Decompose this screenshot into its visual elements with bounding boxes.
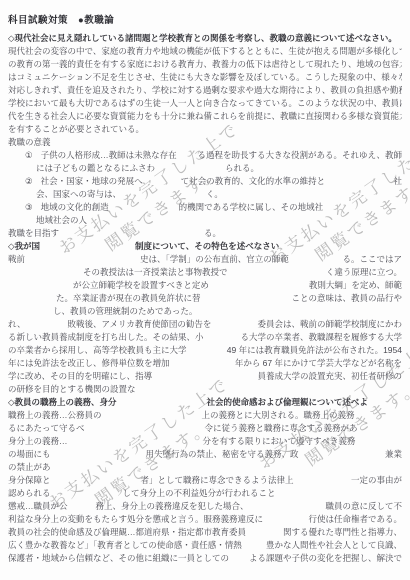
text-line: が公立師範学校を設置すべきと定め教則大綱」を定め、師範	[8, 279, 402, 292]
text-line: 認められるして身分上の不利益処分が行われること	[8, 487, 402, 500]
text-segment: 分を有する限りにおいて遵守すべき義務	[203, 435, 356, 448]
text-segment: よる課題や子供の変化を把握し、解決で	[249, 552, 402, 565]
text-line: た。卒業証書が現在の教員免許状に替ことの意味は、教員の品行や	[8, 292, 402, 305]
hidden-text-gap	[68, 508, 96, 509]
text-segment: 年には免許法を改正し、修得単位数を増加	[8, 357, 170, 370]
text-segment: れ、	[8, 318, 26, 331]
text-segment: が公立師範学校を設置すべきと定め	[73, 279, 209, 292]
text-segment: 49 年には教育職員免許法が公布された。1954	[227, 344, 402, 357]
text-segment: 認められる	[8, 487, 51, 500]
hidden-text-gap	[187, 352, 227, 353]
text-line: の場面にも用失墜行為の禁止、秘密を守る義務、政兼業	[8, 448, 402, 461]
text-segment: 戦前	[8, 253, 25, 266]
hidden-text-gap	[177, 157, 198, 158]
text-segment: 教職の意義	[8, 136, 51, 149]
hidden-text-gap	[325, 183, 393, 184]
hidden-text-gap	[85, 430, 205, 431]
hidden-text-gap	[33, 209, 41, 210]
text-segment: く違う原理に立つ。	[326, 266, 402, 279]
text-line: ③地域の文化的創造的機関である学校に属し、その地域社	[8, 201, 402, 214]
text-segment: の研修を目的とする機関の設置な	[8, 383, 136, 396]
hidden-text-gap	[33, 183, 41, 184]
text-segment: 職員の意に反して不	[325, 500, 402, 513]
text-line: を有することが必要とされている。	[8, 123, 402, 136]
hidden-text-gap	[155, 170, 225, 171]
hidden-text-gap	[209, 287, 309, 288]
hidden-text-gap	[59, 235, 204, 236]
text-segment: 懲戒…職員が公	[8, 500, 68, 513]
hidden-text-gap	[121, 196, 206, 197]
text-line: その教授法は一斉授業法と事物教授でく違う原理に立つ。	[8, 266, 402, 279]
hidden-text-gap	[204, 339, 241, 340]
text-line: の禁止があ	[8, 461, 402, 474]
text-segment: 的機関である学校に属し、その地域社	[179, 201, 324, 214]
hidden-text-gap	[228, 274, 326, 275]
hidden-text-gap	[26, 326, 68, 327]
text-line: 地域社会の人	[8, 214, 402, 227]
text-segment: 対応しきれず、責任を追及されたり、学校に対する過剰な要求や過大な期待により、教員…	[8, 84, 402, 97]
text-line: 教職の意義	[8, 136, 402, 149]
text-line: 代を生きる社会人に必要な資質能力をも十分に兼ね備これらを前提に、教職に直接関わる…	[8, 110, 402, 123]
text-segment: 員養成大学の設置充実、初任者研修の	[257, 370, 402, 383]
text-segment: 地域社会の人	[36, 214, 87, 227]
hidden-text-gap	[143, 183, 181, 184]
hidden-text-gap	[109, 209, 179, 210]
text-segment: 敗戦後、アメリカ教育使節団の勧告を	[68, 318, 212, 331]
text-segment: 一定の事由が	[351, 474, 402, 487]
document-page: 科目試験対策 ●教職論 ◇現代社会に見え隠れしている諸問題と学校教育との関係を考…	[0, 0, 410, 580]
text-segment: を有することが必要とされている。	[8, 123, 144, 136]
text-line: 会、国家への寄与は、く。	[8, 188, 402, 201]
text-segment: る過程を助長する大きな役割がある。それゆえ、教師	[197, 149, 402, 162]
hidden-text-gap	[102, 417, 202, 418]
text-segment: 広く豊かな教養など」「教育者としての使命感・責任感・情熱	[8, 539, 242, 552]
text-line: るにあたって守るべ令に従う義務と職務に専念する義務があ	[8, 422, 402, 435]
text-segment: る大学の卒業者、教職課程を履修する大学	[240, 331, 402, 344]
text-segment: 上の義務とに大別される。職務上の義務	[202, 409, 355, 422]
hidden-text-gap	[25, 261, 140, 262]
text-segment: の教育の第一義的責任を有する家庭における教育力、教養力の低下は虐待として現れたり…	[8, 58, 402, 71]
text-segment: 利益な身分上の変動をもたらす処分を懲戒と言う。服務義務違反に	[8, 513, 263, 526]
text-segment: ◇教員の職務上の義務、身分	[8, 396, 117, 409]
text-segment: 務上、身分上の義務違反を犯した場合、	[96, 500, 249, 513]
text-line: ①子供の人格形成…教師は未熟な存在る過程を助長する大きな役割がある。それゆえ、教…	[8, 149, 402, 162]
text-segment: る。ここではア	[342, 253, 402, 266]
text-line: 現代社会の変容の中で、家庭の教育力や地域の機能が低下するとともに、生徒が抱える問…	[8, 45, 402, 58]
text-segment: 社会・国家・地球の発展へ	[41, 175, 143, 188]
text-segment: ことの意味は、教員の品行や	[291, 292, 402, 305]
hidden-text-gap	[249, 508, 326, 509]
text-segment: ◇現代社会に見え隠れしている諸問題と学校教育との関係を考察し、教職の意義について…	[8, 32, 397, 45]
document-title: 科目試験対策 ●教職論	[8, 13, 402, 29]
hidden-text-gap	[40, 248, 135, 249]
hidden-text-gap	[51, 456, 146, 457]
text-segment: て社会の教育的、文化的水準の維持と	[181, 175, 326, 188]
text-segment: ◇我が国	[8, 240, 40, 253]
text-segment: 社会的使命感および倫理観について述べよ	[207, 396, 368, 409]
text-line: 懲戒…職員が公務上、身分上の義務違反を犯した場合、職員の意に反して不	[8, 500, 402, 513]
hidden-text-gap	[51, 482, 141, 483]
text-segment: ①	[25, 149, 33, 162]
text-segment: して身分上の不利益処分が行われること	[123, 487, 276, 500]
text-line: 利益な身分上の変動をもたらす処分を懲戒と言う。服務義務違反に行使は任命権者である…	[8, 513, 402, 526]
text-segment: 職務上の義務…公務員の	[8, 409, 102, 422]
hidden-text-gap	[33, 157, 41, 158]
heading-line: ◇我が国制度について、その特色を述べなさい	[8, 240, 402, 253]
text-segment: 者」として職務に専念できるよう法律上	[141, 474, 294, 487]
text-line: 身分上の義務…分を有する限りにおいて遵守すべき義務	[8, 435, 402, 448]
text-line: 年には免許法を改正し、修得単位数を増加年から 67 年にかけて学芸大学などが名称…	[8, 357, 402, 370]
text-line: の教育の第一義的責任を有する家庭における教育力、教養力の低下は虐待として現れたり…	[8, 58, 402, 71]
hidden-text-gap	[299, 456, 385, 457]
text-segment: 身分保障と	[8, 474, 51, 487]
text-line: 職務上の義務…公務員の上の義務とに大別される。職務上の義務	[8, 409, 402, 422]
text-segment: 身分上の義務…	[8, 435, 68, 448]
hidden-text-gap	[51, 495, 123, 496]
text-segment: 教職を目指す	[8, 227, 59, 240]
text-line: 学校において最も大切であるはずの生徒一人一人と向き合なってきている。このような状…	[8, 97, 402, 110]
text-segment: 行使は任命権者である。	[308, 513, 402, 526]
text-segment: はコミュニケーション不足を生じさせ、生徒にも大きな影響を及ぼしている。こうした現…	[8, 71, 402, 84]
text-segment: 子供の人格形成…教師は未熟な存在	[41, 149, 177, 162]
text-segment: 豊かな人間性や社会人として良識、	[266, 539, 402, 552]
hidden-text-gap	[170, 365, 235, 366]
text-segment: られる。	[225, 162, 259, 175]
text-segment: し、教員の管理統制のためであった。	[53, 305, 197, 318]
text-segment: 兼業	[385, 448, 402, 461]
hidden-text-gap	[229, 560, 249, 561]
text-segment: 令に従う義務と職務に専念する義務があ	[205, 422, 358, 435]
heading-line: ◇教員の職務上の義務、身分社会的使命感および倫理観について述べよ	[8, 396, 402, 409]
text-segment: 関する優れた専門性と指導力、	[283, 526, 402, 539]
text-segment: 現代社会の変容の中で、家庭の教育力や地域の機能が低下するとともに、生徒が抱える問…	[8, 45, 402, 58]
text-line: には子どもの鑑となるにふさわられる。	[8, 162, 402, 175]
document-body: ◇現代社会に見え隠れしている諸問題と学校教育との関係を考察し、教職の意義について…	[8, 32, 402, 565]
text-segment: の卒業者から採用し、高等学校教員も主に大学	[8, 344, 187, 357]
hidden-text-gap	[242, 547, 266, 548]
text-segment: 学に改め、その目的を明確にし、指導	[8, 370, 152, 383]
text-segment: これらを前提に、教職に直接関わる多様な資質能力	[212, 110, 402, 123]
text-line: 学に改め、その目的を明確にし、指導員養成大学の設置充実、初任者研修の	[8, 370, 402, 383]
text-segment: の場面にも	[8, 448, 51, 461]
text-segment: ②	[25, 175, 33, 188]
text-segment: る新しい教員養成制度を打ち出した。その結果、小	[8, 331, 204, 344]
text-line: の研修を目的とする機関の設置な	[8, 383, 402, 396]
text-segment: 年から 67 年にかけて学芸大学などが名称を	[235, 357, 402, 370]
text-segment: た。卒業証書が現在の教員免許状に替	[56, 292, 201, 305]
text-segment: 制度について、その特色を述べなさい	[135, 240, 279, 253]
text-line: 保護者・地域から信頼など、その他に組織に一員としてのよる課題や子供の変化を把握し…	[8, 552, 402, 565]
text-segment: ③	[25, 201, 33, 214]
text-segment: 教則大綱」を定め、師範	[309, 279, 402, 292]
hidden-text-gap	[117, 404, 207, 405]
text-segment: なってきている。このような状況の中、教員は変化の時	[229, 97, 402, 110]
text-line: の卒業者から採用し、高等学校教員も主に大学49 年には教育職員免許法が公布された…	[8, 344, 402, 357]
hidden-text-gap	[294, 482, 351, 483]
text-segment: く。	[206, 188, 223, 201]
hidden-text-gap	[263, 521, 308, 522]
text-line: 対応しきれず、責任を追及されたり、学校に対する過剰な要求や過大な期待により、教員…	[8, 84, 402, 97]
text-line: れ、敗戦後、アメリカ教育使節団の勧告を委員会は、戦前の師範学校制度にかわ	[8, 318, 402, 331]
text-segment: 委員会は、戦前の師範学校制度にかわ	[257, 318, 402, 331]
hidden-text-gap	[68, 443, 203, 444]
hidden-text-gap	[211, 326, 257, 327]
text-segment: 教員の社会的使命感及び倫理観…都道府県・指定都市教育委員	[8, 526, 246, 539]
heading-line: ◇現代社会に見え隠れしている諸問題と学校教育との関係を考察し、教職の意義について…	[8, 32, 402, 45]
text-line: 広く豊かな教養など」「教育者としての使命感・責任感・情熱豊かな人間性や社会人とし…	[8, 539, 402, 552]
text-line: ②社会・国家・地球の発展へて社会の教育的、文化的水準の維持と社	[8, 175, 402, 188]
text-line: はコミュニケーション不足を生じさせ、生徒にも大きな影響を及ぼしている。こうした現…	[8, 71, 402, 84]
text-line: 戦前史は、「学制」の公布直前、官立の師範る。ここではア	[8, 253, 402, 266]
text-segment: 社	[393, 175, 402, 188]
hidden-text-gap	[289, 261, 343, 262]
text-segment: るにあたって守るべ	[8, 422, 85, 435]
text-line: 教職を目指する。	[8, 227, 402, 240]
text-segment: 用失墜行為の禁止、秘密を守る義務、政	[146, 448, 299, 461]
text-segment: 会、国家への寄与は、	[36, 188, 121, 201]
text-line: 身分保障と者」として職務に専念できるよう法律上一定の事由が	[8, 474, 402, 487]
text-segment: 地域の文化的創造	[41, 201, 109, 214]
text-segment: 学校において最も大切であるはずの生徒一人一人と向き合	[8, 97, 229, 110]
text-segment: その教授法は一斉授業法と事物教授で	[83, 266, 228, 279]
text-segment: 代を生きる社会人に必要な資質能力をも十分に兼ね備	[8, 110, 212, 123]
text-segment: には子どもの鑑となるにふさわ	[36, 162, 155, 175]
text-line: る新しい教員養成制度を打ち出した。その結果、小る大学の卒業者、教職課程を履修する…	[8, 331, 402, 344]
hidden-text-gap	[201, 300, 292, 301]
text-line: し、教員の管理統制のためであった。	[8, 305, 402, 318]
text-segment: 史は、「学制」の公布直前、官立の師範	[140, 253, 289, 266]
text-segment: の禁止があ	[8, 461, 51, 474]
text-segment: る。	[204, 227, 221, 240]
text-line: 教員の社会的使命感及び倫理観…都道府県・指定都市教育委員関する優れた専門性と指導…	[8, 526, 402, 539]
hidden-text-gap	[152, 378, 257, 379]
text-segment: 保護者・地域から信頼など、その他に組織に一員としての	[8, 552, 229, 565]
hidden-text-gap	[246, 534, 283, 535]
